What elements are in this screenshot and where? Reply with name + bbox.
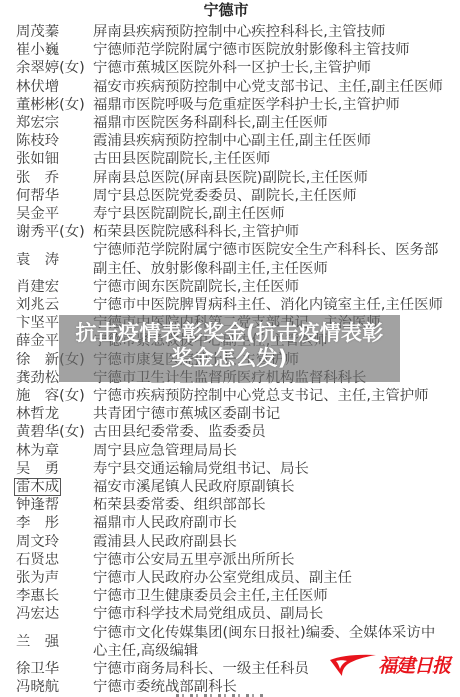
boxed-person-name: 雷木成 (14, 478, 61, 496)
list-item: 张如钿古田县医院副院长,主任医师 (0, 150, 460, 168)
person-title: 宁德市科学技术局党组成员、副局长 (93, 605, 460, 623)
person-name: 吴金平 (0, 205, 93, 223)
list-item: 张为声宁德市人民政府办公室党组成员、副主任 (0, 569, 460, 587)
list-item: 吴金平寿宁县医院副院长,副主任医师 (0, 205, 460, 223)
list-item: 雷木成福安市溪尾镇人民政府原副镇长 (0, 478, 460, 496)
list-item: 袁 涛宁德师范学院附属宁德市医院安全生产科科长、医务部副主任、放射影像科副主任,… (0, 241, 460, 277)
person-name: 黄碧华(女) (0, 423, 93, 441)
person-name: 周文玲 (0, 533, 93, 551)
person-title: 宁德市卫生健康委员会主任,主任医师 (93, 587, 460, 605)
list-item: 黄碧华(女)古田县纪委常委、监委委员 (0, 423, 460, 441)
logo-text: 福建日报 (378, 651, 450, 678)
person-title: 寿宁县交通运输局党组书记、局长 (93, 460, 460, 478)
person-title: 古田县医院副院长,主任医师 (93, 150, 460, 168)
person-name: 崔小巍 (0, 41, 93, 59)
person-title: 福安市溪尾镇人民政府原副镇长 (93, 478, 460, 496)
person-title: 寿宁县医院副院长,副主任医师 (93, 205, 460, 223)
person-name: 李 彤 (0, 514, 93, 532)
person-name: 林为章 (0, 442, 93, 460)
person-title: 宁德市蕉城区医院外科一区护士长,主管护师 (93, 59, 460, 77)
list-item: 张 乔屏南县总医院(屏南县医院)副院长,主任医师 (0, 169, 460, 187)
person-name: 徐卫华 (0, 660, 93, 678)
person-title: 霞浦县疾病预防控制中心副主任,副主任医师 (93, 132, 460, 150)
person-name: 雷木成 (0, 478, 93, 496)
person-title: 宁德市疾病预防控制中心党总支书记、主任,主管护师 (93, 387, 460, 405)
fujian-daily-logo: 福建日报 (330, 648, 445, 680)
list-item: 崔小巍宁德师范学院附属宁德市医院放射影像科主管技师 (0, 41, 460, 59)
person-title: 屏南县总医院(屏南县医院)副院长,主任医师 (93, 169, 460, 187)
person-title: 宁德师范学院附属宁德市医院放射影像科主管技师 (93, 41, 460, 59)
person-title: 宁德师范学院附属宁德市医院安全生产科科长、医务部副主任、放射影像科副主任,主任医… (93, 241, 460, 277)
person-name: 董彬彬(女) (0, 96, 93, 114)
person-name: 林哲龙 (0, 405, 93, 423)
list-item: 钟逢帮柘荣县委常委、组织部部长 (0, 496, 460, 514)
person-title: 福安市疾病预防控制中心党支部书记、主任,副主任医师 (93, 78, 460, 96)
person-name: 周茂蓁 (0, 23, 93, 41)
list-item: 冯宏达宁德市科学技术局党组成员、副局长 (0, 605, 460, 623)
person-name: 林伏增 (0, 78, 93, 96)
person-title: 福鼎市人民政府副市长 (93, 514, 460, 532)
red-swoosh-icon (330, 651, 376, 677)
person-name: 刘兆云 (0, 296, 93, 314)
list-item: 李 彤福鼎市人民政府副市长 (0, 514, 460, 532)
person-name: 余翠婷(女) (0, 59, 93, 77)
list-item: 余翠婷(女)宁德市蕉城区医院外科一区护士长,主管护师 (0, 59, 460, 77)
person-title: 宁德市委统战部副科长 (93, 678, 460, 696)
person-name: 郑宏宗 (0, 114, 93, 132)
list-item: 石贤忠宁德市公安局五里亭派出所所长 (0, 551, 460, 569)
person-title: 宁德市闽东医院副院长,主任医师 (93, 278, 460, 296)
person-title: 福鼎市医院呼吸与危重症医学科护士长,主管护师 (93, 96, 460, 114)
person-name: 冯晓航 (0, 678, 93, 696)
list-item: 李惠长宁德市卫生健康委员会主任,主任医师 (0, 587, 460, 605)
person-name: 谢秀平(女) (0, 223, 93, 241)
person-name: 肖建宏 (0, 278, 93, 296)
person-name: 张如钿 (0, 150, 93, 168)
person-title: 宁德市人民政府办公室党组成员、副主任 (93, 569, 460, 587)
list-item: 郑宏宗福鼎市医院医务科副科长,副主任医师 (0, 114, 460, 132)
list-item: 谢秀平(女)柘荣县医院院感科科长,主管护师 (0, 223, 460, 241)
list-item: 施 容(女)宁德市疾病预防控制中心党总支书记、主任,主管护师 (0, 387, 460, 405)
person-title: 周宁县应急管理局局长 (93, 442, 460, 460)
person-name: 冯宏达 (0, 605, 93, 623)
list-item: 吴 勇寿宁县交通运输局党组书记、局长 (0, 460, 460, 478)
person-name: 何帮华 (0, 187, 93, 205)
person-title: 周宁县总医院党委委员、副院长,主任医师 (93, 187, 460, 205)
person-name: 石贤忠 (0, 551, 93, 569)
person-title: 屏南县疾病预防控制中心疾控科科长,主管技师 (93, 23, 460, 41)
list-item: 林为章周宁县应急管理局局长 (0, 442, 460, 460)
banner-title-line-1: 抗击疫情表彰奖金(抗击疫情表彰 (59, 321, 400, 346)
list-item: 周文玲霞浦县人民政府副县长 (0, 533, 460, 551)
person-title: 柘荣县医院院感科科长,主管护师 (93, 223, 460, 241)
person-name: 吴 勇 (0, 460, 93, 478)
person-name: 兰 强 (0, 633, 93, 651)
list-item: 周茂蓁屏南县疾病预防控制中心疾控科科长,主管技师 (0, 23, 460, 41)
person-name: 张 乔 (0, 169, 93, 187)
person-title: 霞浦县人民政府副县长 (93, 533, 460, 551)
banner-title-line-2: 奖金怎么发) (59, 346, 400, 371)
section-title: 宁德市 (0, 1, 452, 19)
list-item: 肖建宏宁德市闽东医院副院长,主任医师 (0, 278, 460, 296)
person-title: 福鼎市医院医务科副科长,副主任医师 (93, 114, 460, 132)
list-item: 何帮华周宁县总医院党委委员、副院长,主任医师 (0, 187, 460, 205)
person-title: 宁德市公安局五里亭派出所所长 (93, 551, 460, 569)
person-title: 古田县纪委常委、监委委员 (93, 423, 460, 441)
person-title: 宁德市中医院脾胃病科主任、消化内镜室主任,主任医师 (93, 296, 460, 314)
list-item: 陈枝玲霞浦县疾病预防控制中心副主任,副主任医师 (0, 132, 460, 150)
person-name: 张为声 (0, 569, 93, 587)
article-title-banner[interactable]: 抗击疫情表彰奖金(抗击疫情表彰 奖金怎么发) (59, 315, 400, 382)
list-item: 林哲龙共青团宁德市蕉城区委副书记 (0, 405, 460, 423)
person-title: 共青团宁德市蕉城区委副书记 (93, 405, 460, 423)
person-name: 陈枝玲 (0, 132, 93, 150)
list-item: 董彬彬(女)福鼎市医院呼吸与危重症医学科护士长,主管护师 (0, 96, 460, 114)
person-name: 施 容(女) (0, 387, 93, 405)
list-item: 林伏增福安市疾病预防控制中心党支部书记、主任,副主任医师 (0, 78, 460, 96)
person-title: 柘荣县委常委、组织部部长 (93, 496, 460, 514)
person-name: 钟逢帮 (0, 496, 93, 514)
person-name: 袁 涛 (0, 251, 93, 269)
person-name: 李惠长 (0, 587, 93, 605)
list-item: 刘兆云宁德市中医院脾胃病科主任、消化内镜室主任,主任医师 (0, 296, 460, 314)
